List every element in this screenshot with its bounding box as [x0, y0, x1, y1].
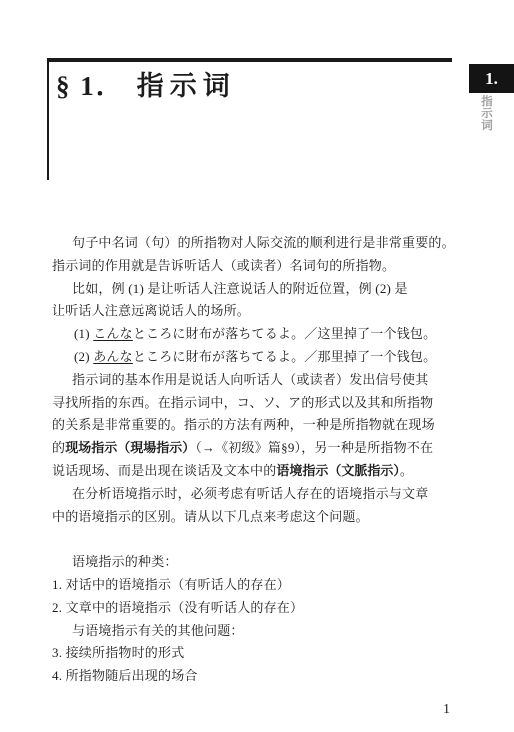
text-segment: (1) — [74, 326, 93, 341]
text-line: 指示词的作用就是告诉听话人（或读者）名词句的所指物。 — [52, 255, 461, 278]
side-tab-label: 指示词 — [478, 95, 494, 131]
text-segment: 让听话人注意远离说话人的场所。 — [52, 303, 250, 318]
text-segment: 句子中名词（句）的所指物对人际交流的顺利进行是非常重要的。 — [72, 235, 455, 250]
side-tab-number: 1. — [485, 69, 498, 89]
bold-term: 现场指示（現場指示） — [65, 440, 195, 455]
chapter-title-text: 指示词 — [137, 71, 236, 101]
text-segment: 1. 对话中的语境指示（有听话人的存在） — [52, 577, 290, 592]
text-line: 1. 对话中的语境指示（有听话人的存在） — [52, 574, 461, 597]
text-line: (2) あんなところに財布が落ちてるよ。／那里掉了一个钱包。 — [52, 346, 461, 369]
text-line: 2. 文章中的语境指示（没有听话人的存在） — [52, 597, 461, 620]
text-line: (1) こんなところに財布が落ちてるよ。／这里掉了一个钱包。 — [52, 323, 461, 346]
text-line: 的关系是非常重要的。指示的方法有两种，一种是所指物就在现场 — [52, 414, 461, 437]
book-page: § 1．指示词 1. 指示词 句子中名词（句）的所指物对人际交流的顺利进行是非常… — [0, 0, 514, 732]
text-segment: （→《初级》篇§9），另一种是所指物不在 — [195, 440, 433, 455]
text-line: 中的语境指示的区别。请从以下几点来考虑这个问题。 — [52, 506, 461, 529]
text-line: 语境指示的种类： — [52, 551, 461, 574]
text-line: 说话现场、而是出现在谈话及文本中的语境指示（文脈指示）。 — [52, 460, 461, 483]
text-segment: 2. 文章中的语境指示（没有听话人的存在） — [52, 600, 303, 615]
text-segment: ところに財布が落ちてるよ。／这里掉了一个钱包。 — [133, 326, 436, 341]
side-chapter-tab: 1. — [469, 64, 514, 93]
chapter-number: § 1． — [56, 71, 125, 101]
text-segment: 。 — [400, 463, 413, 478]
text-segment: 在分析语境指示时，必须考虑有听话人存在的语境指示与文章 — [72, 486, 428, 501]
text-line: 3. 接续所指物时的形式 — [52, 642, 461, 665]
text-line: 4. 所指物随后出现的场合 — [52, 665, 461, 688]
blank-line — [52, 528, 461, 551]
text-segment: 指示词的作用就是告诉听话人（或读者）名词句的所指物。 — [52, 258, 395, 273]
text-line: 在分析语境指示时，必须考虑有听话人存在的语境指示与文章 — [52, 483, 461, 506]
text-line: 句子中名词（句）的所指物对人际交流的顺利进行是非常重要的。 — [52, 232, 461, 255]
body-text: 句子中名词（句）的所指物对人际交流的顺利进行是非常重要的。指示词的作用就是告诉听… — [52, 232, 461, 688]
underlined-term: あんな — [93, 349, 133, 364]
header-top-rule — [47, 58, 452, 62]
text-line: 与语境指示有关的其他问题： — [52, 620, 461, 643]
underlined-term: こんな — [93, 326, 133, 341]
text-line: 寻找所指的东西。在指示词中，コ、ソ、ア的形式以及其和所指物 — [52, 392, 461, 415]
text-segment: 指示词的基本作用是说话人向听话人（或读者）发出信号使其 — [72, 372, 428, 387]
text-line: 的现场指示（現場指示）（→《初级》篇§9），另一种是所指物不在 — [52, 437, 461, 460]
text-segment: 说话现场、而是出现在谈话及文本中的 — [52, 463, 276, 478]
text-segment: 寻找所指的东西。在指示词中，コ、ソ、ア的形式以及其和所指物 — [52, 395, 433, 410]
text-line: 比如，例 (1) 是让听话人注意说话人的附近位置，例 (2) 是 — [52, 278, 461, 301]
text-segment: (2) — [74, 349, 93, 364]
header-left-rule — [47, 58, 49, 180]
text-segment: 的关系是非常重要的。指示的方法有两种，一种是所指物就在现场 — [52, 417, 435, 432]
text-segment: 4. 所指物随后出现的场合 — [52, 668, 198, 683]
text-line: 让听话人注意远离说话人的场所。 — [52, 300, 461, 323]
text-segment: 与语境指示有关的其他问题： — [72, 623, 244, 638]
text-segment: 3. 接续所指物时的形式 — [52, 645, 184, 660]
text-segment: 的 — [52, 440, 65, 455]
text-segment: 中的语境指示的区别。请从以下几点来考虑这个问题。 — [52, 509, 369, 524]
text-segment: 语境指示的种类： — [72, 554, 178, 569]
text-segment: ところに財布が落ちてるよ。／那里掉了一个钱包。 — [133, 349, 436, 364]
bold-term: 语境指示（文脈指示） — [276, 463, 400, 478]
chapter-title: § 1．指示词 — [56, 70, 236, 107]
page-number: 1 — [443, 702, 450, 718]
text-segment: 比如，例 (1) 是让听话人注意说话人的附近位置，例 (2) 是 — [72, 281, 408, 296]
text-line: 指示词的基本作用是说话人向听话人（或读者）发出信号使其 — [52, 369, 461, 392]
